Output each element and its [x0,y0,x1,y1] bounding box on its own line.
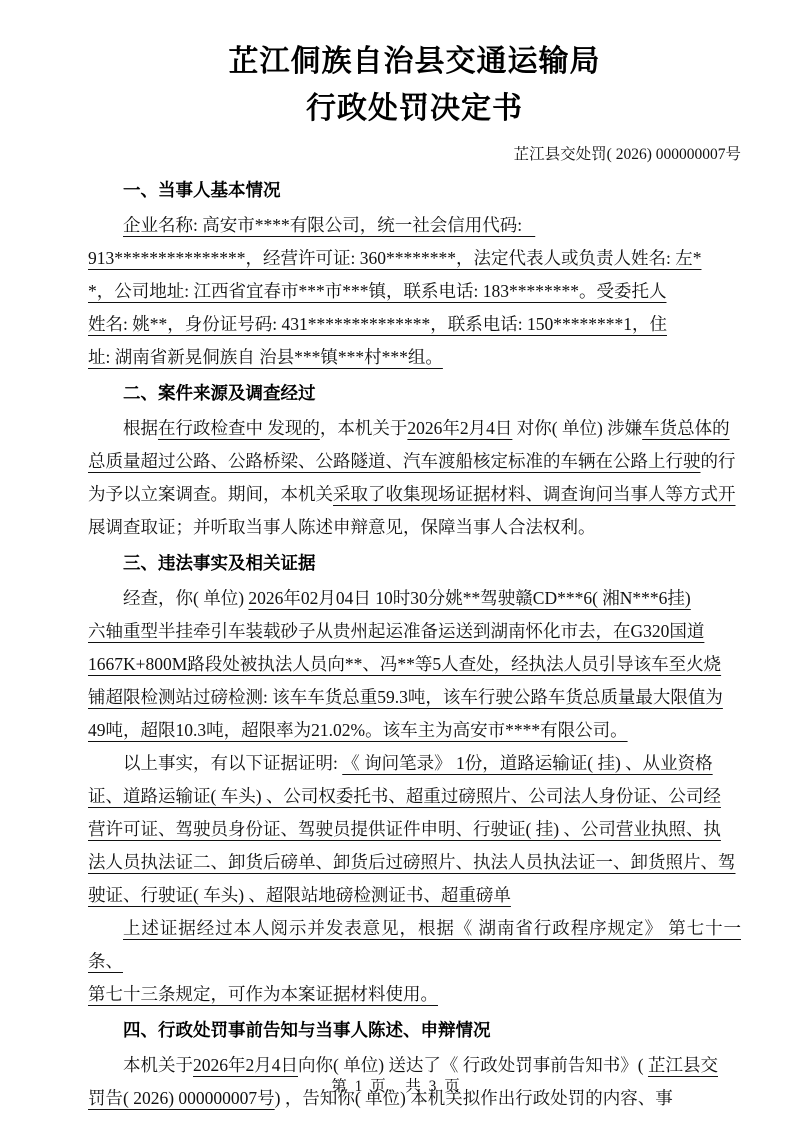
doc-number: 芷江县交处罚( 2026) 000000007号 [88,142,741,168]
filled-blank-text: 2026年2月4日 [407,418,512,438]
text-segment: 本机关于 [123,1055,193,1075]
section-heading-3: 三、违法事实及相关证据 [88,547,741,580]
filled-blank-text: 址: 湖南省新晃侗族自 治县***镇***村***组。 [88,347,443,367]
document-line: 根据在行政检查中 发现的，本机关于2026年2月4日 对你( 单位) 涉嫌车货总… [88,412,741,445]
document-line: 913***************，经营许可证: 360********，法定… [88,242,741,275]
filled-blank-text: 六轴重型半挂牵引车装载砂子从贵州起运准备运送到湖南怀化市去，在G320国道 [88,621,704,641]
document-body: 一、当事人基本情况企业名称: 高安市****有限公司，统一社会信用代码: 913… [88,174,741,1115]
page-footer: 第 1 页，共 3 页 [0,1074,793,1096]
filled-blank-text: *，公司地址: 江西省宜春市***市***镇，联系电话: 183********… [88,281,666,301]
document-line: 1667K+800M路段处被执法人员向**、冯**等5人查处，经执法人员引导该车… [88,648,741,681]
filled-blank-text: 芷江县交 [648,1055,718,1075]
document-line: 总质量超过公路、公路桥梁、公路隧道、汽车渡船核定标准的车辆在公路上行驶的行 [88,445,741,478]
page-title-line1: 芷江侗族自治县交通运输局 [88,38,741,85]
document-page: 芷江侗族自治县交通运输局 行政处罚决定书 芷江县交处罚( 2026) 00000… [0,0,793,1122]
document-line: 证、道路运输证( 车头) 、公司权委托书、超重过磅照片、公司法人身份证、公司经 [88,780,741,813]
filled-blank-text: 第七十三条规定，可作为本案证据材料使用。 [88,984,438,1004]
document-line: 营许可证、驾驶员身份证、驾驶员提供证件申明、行驶证( 挂) 、公司营业执照、执 [88,813,741,846]
document-line: 经查，你( 单位) 2026年02月04日 10时30分姚**驾驶赣CD***6… [88,582,741,615]
text-segment: 的行 [701,451,736,471]
document-line: 驶证、行驶证( 车头) 、超限站地磅检测证书、超重磅单 [88,879,741,912]
text-segment: 对你( 单位) 涉嫌 [512,418,642,438]
document-line: 以上事实，有以下证据证明: 《 询问笔录》 1份，道路运输证( 挂) 、从业资格 [88,747,741,780]
filled-blank-text: 证、道路运输证( 车头) 、公司权委托书、超重过磅照片、公司法人身份证、公司经 [88,786,721,806]
text-segment: 展调查取证；并听取当事人陈述申辩意见，保障当事人合法权利。 [88,517,596,537]
document-line: 展调查取证；并听取当事人陈述申辩意见，保障当事人合法权利。 [88,511,741,544]
document-line: 法人员执法证二、卸货后磅单、卸货后过磅照片、执法人员执法证一、卸货照片、驾 [88,846,741,879]
filled-blank-text: 法人员执法证二、卸货后磅单、卸货后过磅照片、执法人员执法证一、卸货照片、驾 [88,852,736,872]
filled-blank-text: 913***************，经营许可证: 360********，法定… [88,248,701,268]
text-segment: 经查，你( 单位) [123,588,248,608]
text-segment: 为予以立案调查。期间，本机关 [88,484,333,504]
text-segment: ，本机关于 [320,418,408,438]
section-heading-1: 一、当事人基本情况 [88,174,741,207]
document-line: 上述证据经过本人阅示并发表意见，根据《 湖南省行政程序规定》 第七十一条、 [88,912,741,978]
document-line: 企业名称: 高安市****有限公司，统一社会信用代码: [88,209,741,242]
text-segment: 一、当事人基本情况 [123,180,281,200]
filled-blank-text: 49吨，超限10.3吨，超限率为21.02%。该车主为高安市****有限公司。 [88,720,628,740]
document-line: 第七十三条规定，可作为本案证据材料使用。 [88,978,741,1011]
filled-blank-text: 2026年02月04日 10时30分姚**驾驶赣CD***6( 湘N***6挂) [248,588,690,608]
filled-blank-text: 采取了收集现场证据材料、调查询问当事人等方式开 [333,484,736,504]
section-heading-2: 二、案件来源及调查经过 [88,377,741,410]
section-heading-4: 四、行政处罚事前告知与当事人陈述、申辩情况 [88,1014,741,1047]
text-segment: 根据 [123,418,158,438]
text-segment: 以上事实，有以下证据证明: [123,753,342,773]
filled-blank-text: 驶证、行驶证( 车头) 、超限站地磅检测证书、超重磅单 [88,885,511,905]
document-line: 为予以立案调查。期间，本机关采取了收集现场证据材料、调查询问当事人等方式开 [88,478,741,511]
filled-blank-text: 姓名: 姚**，身份证号码: 431**************，联系电话: 1… [88,314,667,334]
document-line: 址: 湖南省新晃侗族自 治县***镇***村***组。 [88,341,741,374]
filled-blank-text: 1667K+800M路段处被执法人员向**、冯**等5人查处，经执法人员引导该车… [88,654,721,674]
document-line: 铺超限检测站过磅检测: 该车车货总重59.3吨，该车行驶公路车货总质量最大限值为 [88,681,741,714]
filled-blank-text: 总质量超过公路、公路桥梁、公路隧道、汽车渡船核定标准的车辆在公路上行驶 [88,451,701,471]
text-segment: 向你( 单位) 送达了《 行政处罚事前告知书》( [298,1055,648,1075]
document-line: 姓名: 姚**，身份证号码: 431**************，联系电话: 1… [88,308,741,341]
filled-blank-text: 企业名称: 高安市****有限公司，统一社会信用代码: [123,215,535,235]
text-segment: 三、违法事实及相关证据 [123,553,316,573]
text-segment: 四、行政处罚事前告知与当事人陈述、申辩情况 [123,1020,491,1040]
document-line: 49吨，超限10.3吨，超限率为21.02%。该车主为高安市****有限公司。 [88,714,741,747]
page-title-line2: 行政处罚决定书 [88,85,741,132]
filled-blank-text: 营许可证、驾驶员身份证、驾驶员提供证件申明、行驶证( 挂) 、公司营业执照、执 [88,819,721,839]
filled-blank-text: 《 询问笔录》 1份，道路运输证( 挂) 、从业资格 [342,753,712,773]
filled-blank-text: 2026年2月4日 [193,1055,298,1075]
filled-blank-text: 车货总体的 [642,418,730,438]
text-segment: 二、案件来源及调查经过 [123,383,316,403]
filled-blank-text: 在行政检查中 发现的 [158,418,320,438]
filled-blank-text: 上述证据经过本人阅示并发表意见，根据《 湖南省行政程序规定》 第七十一条、 [88,918,741,971]
document-line: 六轴重型半挂牵引车装载砂子从贵州起运准备运送到湖南怀化市去，在G320国道 [88,615,741,648]
document-line: *，公司地址: 江西省宜春市***市***镇，联系电话: 183********… [88,275,741,308]
filled-blank-text: 铺超限检测站过磅检测: 该车车货总重59.3吨，该车行驶公路车货总质量最大限值为 [88,687,723,707]
